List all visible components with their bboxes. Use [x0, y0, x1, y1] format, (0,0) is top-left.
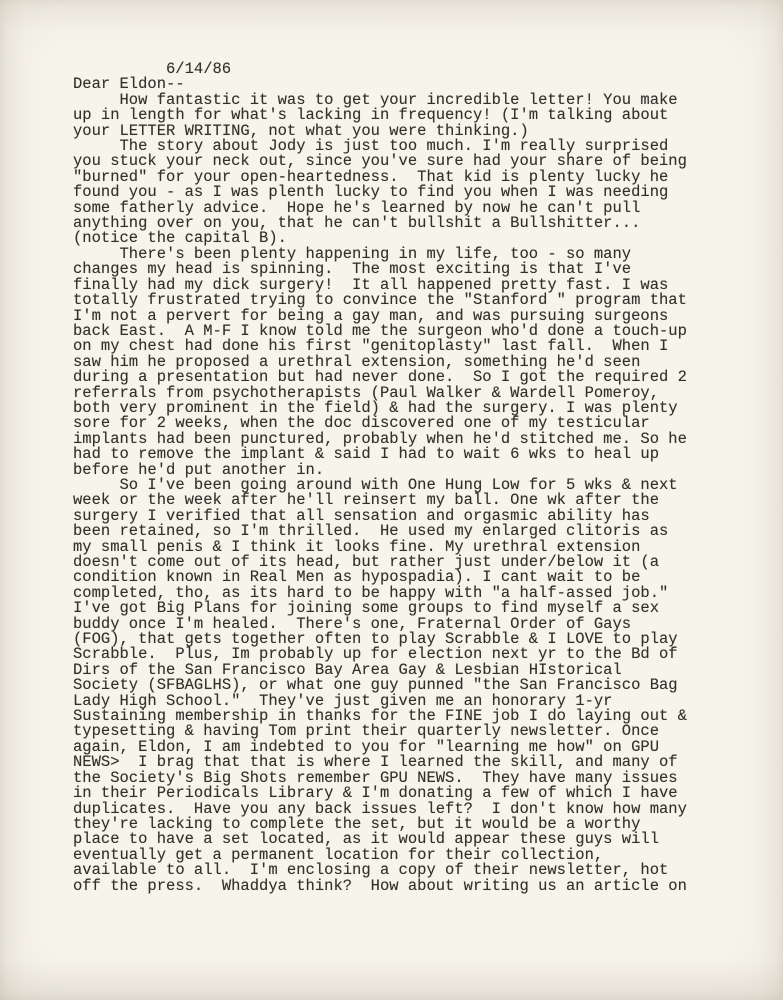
typewritten-letter: 6/14/86 Dear Eldon-- How fantastic it wa… [73, 62, 733, 894]
letter-body: How fantastic it was to get your incredi… [73, 93, 733, 894]
